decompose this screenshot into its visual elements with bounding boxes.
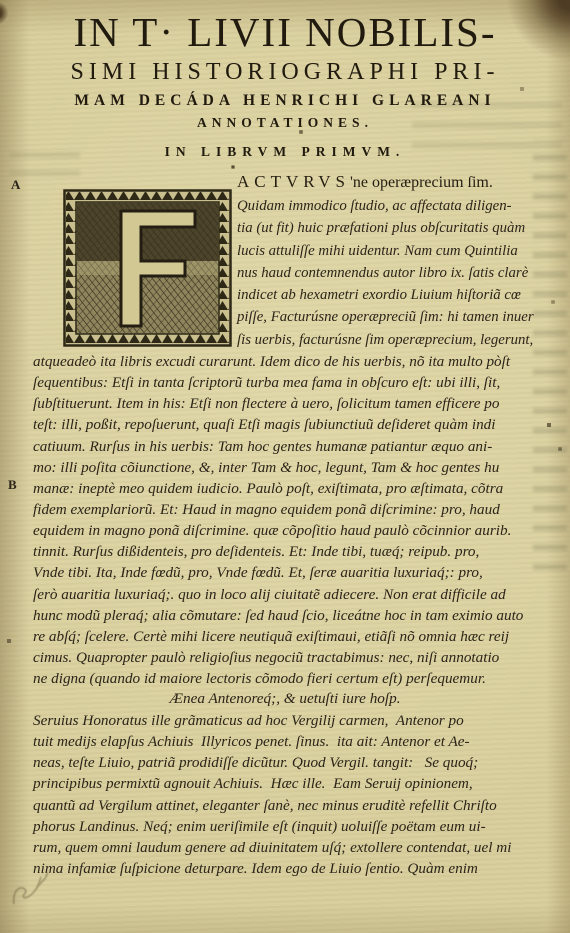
text-line: Vnde tibi. Ita, Inde fœdũ, pro, Vnde fœd…: [33, 562, 548, 583]
paper-specks: [0, 0, 2, 2]
text-line: teſt: illi, poßit, repoſuerunt, quaſi Et…: [33, 414, 548, 435]
body-paragraph: atqueadeò ita libris excudi curarunt. Id…: [33, 351, 548, 689]
text-line: tia (ut fit) huic præfationi plus obſcur…: [237, 217, 549, 239]
text-line: principibus permixtũ agnouit Achiuis. Hæ…: [33, 773, 548, 794]
woodcut-initial: [63, 189, 232, 347]
text-line: ne digna (quando id maiore lectoris cõmo…: [33, 668, 548, 689]
opening-line: ACTVRVS'ne operæprecium ſim.: [237, 172, 493, 192]
text-line: equidem in magno ponã diſcrimine. quæ cõ…: [33, 520, 548, 541]
text-line: lucis attuliſſe mihi uidentur. Nam cum Q…: [237, 240, 549, 262]
closing-paragraph: Seruius Honoratus ille grãmaticus ad hoc…: [33, 710, 548, 879]
text-line: atqueadeò ita libris excudi curarunt. Id…: [33, 351, 548, 372]
text-line: neas, teſte Liuio, patriã prodidiſſe dic…: [33, 752, 548, 773]
text-line: phorus Landinus. Neq́; enim ueriſimile e…: [33, 816, 548, 837]
opening-caps: ACTVRVS: [237, 172, 350, 191]
text-line: catiuum. Rurſus in his uerbis: Tam hoc g…: [33, 436, 548, 457]
opening-rest: 'ne operæprecium ſim.: [350, 174, 493, 191]
section-heading: IN LIBRVM PRIMVM.: [0, 144, 570, 160]
text-line: fidem exemplariorũ. Et: Haud in magno eq…: [33, 499, 548, 520]
text-line: Seruius Honoratus ille grãmaticus ad hoc…: [33, 710, 548, 731]
margin-letter-b: B: [8, 477, 17, 493]
verse-quotation: Ænea Antenoreq́;, & uetuſti iure hoſp.: [0, 688, 570, 709]
text-line: ſerò auaritia luxuriaq́;. quo in loco al…: [33, 584, 548, 605]
title-line-3: MAM DECÁDA HENRICHI GLAREANI: [0, 92, 570, 110]
text-line: hunc modũ pleraq́; alia cõmutare: ſed ha…: [33, 605, 548, 626]
text-line: indicet ab hexametri exordio Liuium hiſt…: [237, 284, 549, 306]
text-line: piſſe, Facturúsne operæpreciũ ſim: hi ta…: [237, 306, 549, 328]
margin-letter-a: A: [11, 177, 20, 193]
text-line: re abſq́; ſcelere. Certè mihi licere neu…: [33, 626, 548, 647]
text-line: Quidam immodico ſtudio, ac affectata dil…: [237, 195, 549, 217]
text-line: quantũ ad Vergilum attinet, eleganter ſa…: [33, 795, 548, 816]
text-line: nima infamiæ ſuſpicione deturpare. Idem …: [33, 858, 548, 879]
text-line: ſequentibus: Etſi in tanta ſcriptorũ tur…: [33, 372, 548, 393]
text-line: nus haud contemnendus autor libro ix. ſa…: [237, 262, 549, 284]
text-line: tinnit. Rurſus dißidenteis, pro deſident…: [33, 541, 548, 562]
text-line: ſis uerbis, facturúsne ſim operæprecium,…: [237, 329, 549, 351]
text-line: cimus. Quapropter paulò religioſius nego…: [33, 647, 548, 668]
text-line: mo: illi poſita cõiunctione, &, inter Ta…: [33, 457, 548, 478]
text-line: ſubſtituerunt. Item in his: Etſi non fle…: [33, 393, 548, 414]
title-line-1: IN T· LIVII NOBILIS-: [0, 8, 570, 56]
text-line: tuit medijs elapſus Achiuis Illyricos pe…: [33, 731, 548, 752]
text-line: rum, quem omni laudum genere ad diuinita…: [33, 837, 548, 858]
book-page-scan: IN T· LIVII NOBILIS- SIMI HISTORIOGRAPHI…: [0, 0, 570, 933]
intro-paragraph: Quidam immodico ſtudio, ac affectata dil…: [237, 195, 549, 351]
title-line-4: ANNOTATIONES.: [0, 115, 570, 131]
title-line-2: SIMI HISTORIOGRAPHI PRI-: [0, 59, 570, 86]
text-line: manæ: ineptè meo quidem iudicio. Paulò p…: [33, 478, 548, 499]
